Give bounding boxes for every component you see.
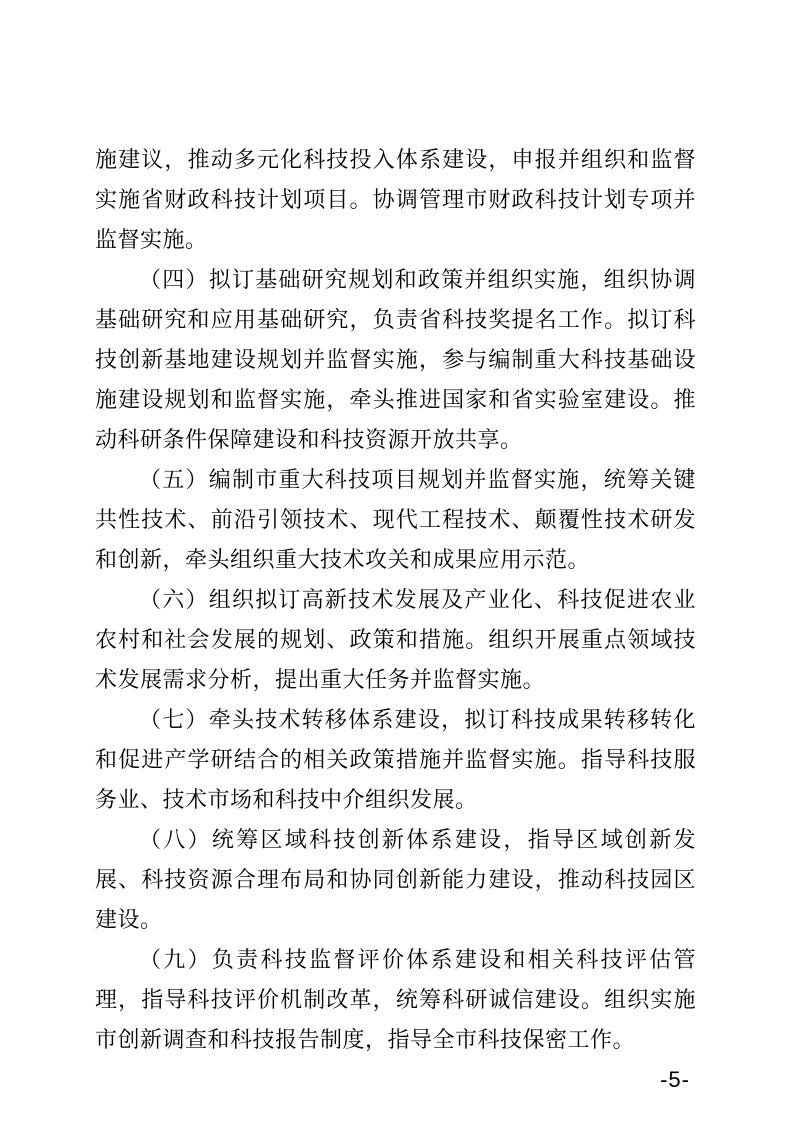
page-number: -5- xyxy=(95,1060,696,1100)
paragraph-continuation: 施建议，推动多元化科技投入体系建设，申报并组织和监督实施省财政科技计划项目。协调… xyxy=(95,140,696,260)
paragraph-item-8: （八）统筹区域科技创新体系建设，指导区域创新发展、科技资源合理布局和协同创新能力… xyxy=(95,820,696,940)
paragraph-item-7: （七）牵头技术转移体系建设，拟订科技成果转移转化和促进产学研结合的相关政策措施并… xyxy=(95,700,696,820)
document-page: 施建议，推动多元化科技投入体系建设，申报并组织和监督实施省财政科技计划项目。协调… xyxy=(0,0,793,1122)
paragraph-item-5: （五）编制市重大科技项目规划并监督实施，统筹关键共性技术、前沿引领技术、现代工程… xyxy=(95,460,696,580)
paragraph-item-6: （六）组织拟订高新技术发展及产业化、科技促进农业农村和社会发展的规划、政策和措施… xyxy=(95,580,696,700)
paragraph-item-4: （四）拟订基础研究规划和政策并组织实施，组织协调基础研究和应用基础研究，负责省科… xyxy=(95,260,696,460)
paragraph-item-9: （九）负责科技监督评价体系建设和相关科技评估管理，指导科技评价机制改革，统筹科研… xyxy=(95,940,696,1060)
document-body-text: 施建议，推动多元化科技投入体系建设，申报并组织和监督实施省财政科技计划项目。协调… xyxy=(95,140,696,1100)
